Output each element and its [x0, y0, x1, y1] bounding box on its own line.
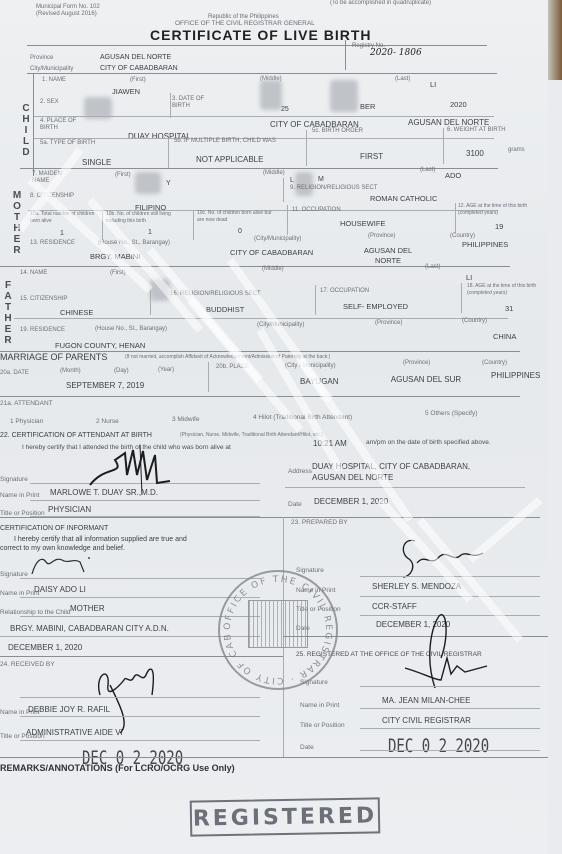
- attendant-option-physician[interactable]: 1 Physician: [10, 418, 43, 425]
- total-alive-label: 10a. Total number of children born alive: [30, 211, 96, 225]
- registered-date-stamp: DEC 0 2 2020: [388, 736, 489, 758]
- mother-last-name: ADO: [445, 171, 461, 180]
- dead-label: 10c. No. of children born alive but are …: [197, 210, 275, 224]
- informant-heading: CERTIFICATION OF INFORMANT: [0, 525, 108, 532]
- informant-relationship-label: Relationship to the Child: [0, 609, 70, 616]
- mother-residence-label: 13. RESIDENCE: [30, 240, 75, 246]
- informant-address: BRGY. MABINI, CABADBARAN CITY A.D.N.: [10, 624, 169, 633]
- received-heading: 24. RECEIVED BY: [0, 661, 55, 668]
- attendant-name-label: Name in Print: [0, 492, 39, 499]
- cert-attendant-heading: 22. CERTIFICATION OF ATTENDANT AT BIRTH: [0, 432, 152, 439]
- marriage-place-label: 20b. PLACE: [216, 364, 249, 370]
- marriage-date: SEPTEMBER 7, 2019: [66, 381, 144, 390]
- city-value: CITY OF CABADBARAN: [100, 65, 178, 72]
- father-citizenship-label: 15. CITIZENSHIP: [20, 296, 67, 302]
- birth-order-label: 5c. BIRTH ORDER: [312, 128, 363, 134]
- received-name: DEBBIE JOY R. RAFIL: [28, 705, 110, 714]
- marriage-province: AGUSAN DEL SUR: [390, 374, 462, 385]
- attendant-signature-label: Signature: [0, 476, 28, 483]
- registered-name-label: Name in Print: [300, 702, 339, 709]
- dob-month: BER: [360, 102, 375, 111]
- city-label: City/Municipality: [30, 66, 73, 72]
- attendant-address-line2: AGUSAN DEL NORTE: [312, 473, 393, 482]
- attendant-date-label: Date: [288, 501, 302, 508]
- father-residence-label: 19. RESIDENCE: [20, 327, 65, 333]
- dob-day: 25: [281, 106, 289, 113]
- living: 1: [148, 229, 152, 236]
- document-title: CERTIFICATE OF LIVE BIRTH: [150, 27, 372, 43]
- type-of-birth: SINGLE: [82, 158, 111, 167]
- registered-position-label: Title or Position: [300, 722, 345, 729]
- registered-position: CITY CIVIL REGISTRAR: [382, 716, 471, 725]
- mother-occupation: HOUSEWIFE: [340, 219, 385, 228]
- attendant-name: MARLOWE T. DUAY SR.,M.D.: [50, 488, 158, 497]
- mother-citizenship-label: 8. CITIZENSHIP: [30, 193, 74, 199]
- marriage-country: PHILIPPINES: [491, 371, 540, 380]
- province-label: Province: [30, 55, 53, 61]
- received-position: ADMINISTRATIVE AIDE VI: [26, 728, 123, 737]
- living-label: 10b. No. of children still living includ…: [106, 211, 188, 225]
- total-alive: 1: [60, 230, 64, 237]
- informant-date: DECEMBER 1, 2020: [8, 643, 82, 652]
- multiple-birth: NOT APPLICABLE: [196, 155, 263, 164]
- registered-stamp: REGISTERED: [190, 797, 381, 836]
- father-age-label: 18. AGE at the time of this birth (compl…: [467, 283, 557, 297]
- informant-signature: [28, 552, 98, 578]
- child-first-name: JIAWEN: [112, 87, 140, 96]
- attendant-heading: 21a. ATTENDANT: [0, 400, 53, 407]
- received-signature: [90, 655, 170, 735]
- mother-section-label: MOTHER: [11, 190, 23, 256]
- attendant-option-hilot[interactable]: 4 Hilot (Traditional Birth Attendant): [253, 414, 352, 421]
- father-occupation-label: 17. OCCUPATION: [320, 288, 369, 294]
- mother-age-label: 12. AGE at the time of this birth (compl…: [458, 203, 548, 217]
- seal-ring-text: OFFICE OF THE CIVIL REGISTRAR · CITY OF …: [218, 570, 338, 690]
- prepared-name: SHERLEY S. MENDOZA: [372, 582, 461, 591]
- birth-order: FIRST: [360, 152, 383, 161]
- father-age: 31: [505, 304, 513, 313]
- birth-certificate-document: Municipal Form No. 102 (Revised August 2…: [0, 0, 548, 854]
- mother-religion-label: 9. RELIGION/RELIGIOUS SECT: [290, 185, 377, 191]
- table-surface-edge: [548, 0, 562, 80]
- registry-number: 2020- 1806: [370, 48, 422, 58]
- attendant-address-line1: DUAY HOSPITAL, CITY OF CABADBARAN,: [312, 462, 470, 471]
- weight-label: 6. WEIGHT AT BIRTH: [447, 127, 506, 133]
- maiden-name-label: 7. MAIDEN NAME: [32, 171, 72, 185]
- registrar-signature: [395, 608, 495, 698]
- father-occupation: SELF- EMPLOYED: [343, 302, 408, 311]
- mother-occupation-label: 11. OCCUPATION: [292, 207, 341, 213]
- pob-label: 4. PLACE OF BIRTH: [40, 118, 80, 132]
- registered-stamp-text: REGISTERED: [193, 803, 378, 831]
- mother-res-province: AGUSAN DEL NORTE: [358, 246, 418, 266]
- prepared-heading: 23. PREPARED BY: [291, 519, 348, 526]
- informant-text-line1: I hereby certify that all information su…: [14, 536, 187, 543]
- mother-res-city: CITY OF CABADBARAN: [230, 248, 313, 257]
- mother-age: 19: [495, 222, 503, 231]
- form-number: Municipal Form No. 102: [36, 4, 100, 10]
- attendant-position: PHYSICIAN: [48, 505, 91, 514]
- mother-first-initial: Y: [166, 180, 171, 187]
- marriage-note: (If not married, accomplish Affidavit of…: [125, 354, 330, 360]
- attendant-address-label: Address: [288, 468, 312, 475]
- pob-province: AGUSAN DEL NORTE: [408, 118, 489, 127]
- father-name-label: 14. NAME: [20, 270, 47, 276]
- type-of-birth-label: 5a. TYPE OF BIRTH: [40, 140, 95, 146]
- father-religion-label: 16. RELIGION/RELIGIOUS SECT: [170, 291, 261, 297]
- multiple-birth-label: 5b. IF MULTIPLE BIRTH, CHILD WAS: [174, 138, 276, 144]
- weight-value: 3100: [466, 149, 484, 158]
- marriage-heading: MARRIAGE OF PARENTS: [0, 352, 107, 362]
- office-label: OFFICE OF THE CIVIL REGISTRAR GENERAL: [175, 20, 315, 27]
- mother-res-brgy: BRGY. MABINI: [90, 252, 140, 261]
- father-res-address: FUGON COUNTY, HENAN: [55, 341, 145, 350]
- accomplish-note: (To be accomplished in quadruplicate): [330, 0, 431, 6]
- father-last-name: LI: [466, 273, 472, 282]
- marriage-city: BAYUGAN: [300, 377, 339, 386]
- father-citizenship: CHINESE: [60, 308, 93, 317]
- attendant-option-midwife[interactable]: 3 Midwife: [172, 416, 199, 423]
- father-section-label: FATHER: [2, 280, 14, 346]
- informant-signature-label: Signature: [0, 571, 28, 578]
- dead: 0: [238, 228, 242, 235]
- informant-name: DAISY ADO LI: [34, 585, 86, 594]
- child-last-name: LI: [430, 80, 436, 89]
- attendant-option-nurse[interactable]: 2 Nurse: [96, 418, 119, 425]
- annotations-heading: REMARKS/ANNOTATIONS (For LCRO/OCRG Use O…: [0, 763, 235, 773]
- father-religion: BUDDHIST: [206, 305, 244, 314]
- civil-registrar-seal: OFFICE OF THE CIVIL REGISTRAR · CITY OF …: [218, 570, 338, 690]
- province-value: AGUSAN DEL NORTE: [100, 54, 171, 61]
- registered-name: MA. JEAN MILAN-CHEE: [382, 696, 470, 705]
- child-section-label: CHILD: [20, 103, 32, 158]
- attendant-date: DECEMBER 1, 2020: [314, 497, 388, 506]
- form-revision: (Revised August 2016): [36, 11, 97, 17]
- sex-label: 2. SEX: [40, 99, 59, 105]
- marriage-date-label: 20a. DATE: [0, 370, 29, 376]
- dob-label: 3. DATE OF BIRTH: [172, 96, 217, 110]
- mother-res-country: PHILIPPINES: [462, 240, 508, 249]
- svg-text:OFFICE OF THE CIVIL REGISTRAR: OFFICE OF THE CIVIL REGISTRAR · CITY OF …: [218, 570, 333, 685]
- dob-year: 2020: [450, 100, 467, 109]
- registered-date-label: Date: [300, 744, 314, 751]
- informant-relationship: MOTHER: [70, 604, 105, 613]
- father-res-country: CHINA: [493, 332, 516, 341]
- attendant-option-others[interactable]: 5 Others (Specify): [425, 410, 477, 417]
- informant-text-line2: correct to my own knowledge and belief.: [0, 545, 125, 552]
- child-name-label: 1. NAME: [42, 77, 66, 83]
- mother-religion: ROMAN CATHOLIC: [370, 194, 437, 203]
- birth-time: 10:21 AM: [313, 439, 347, 448]
